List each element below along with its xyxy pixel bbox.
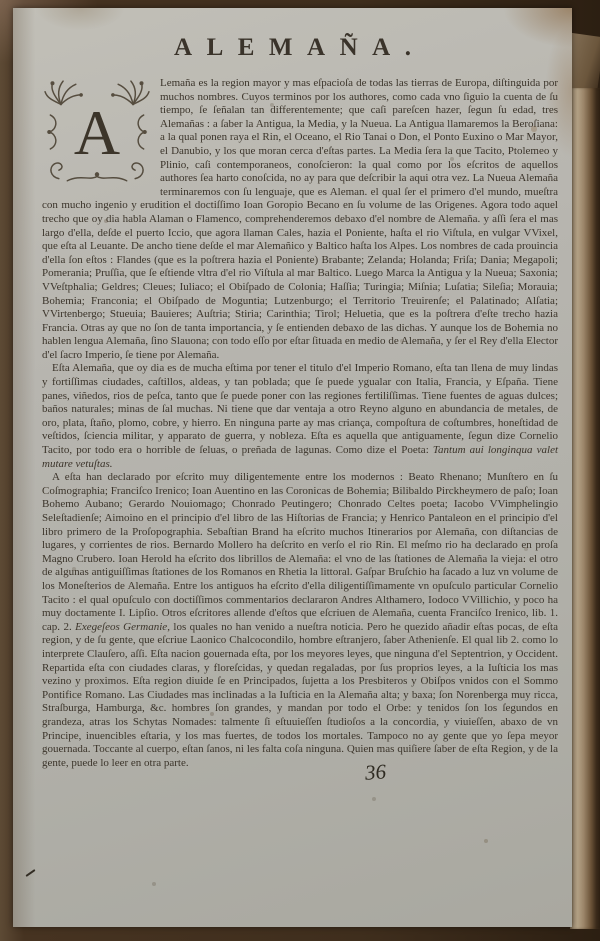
paper-speckles xyxy=(13,8,15,10)
book-page-edges xyxy=(570,88,600,929)
paragraph-3-text-a: A eſta han declarado por eſcrito muy dil… xyxy=(42,471,558,633)
paragraph-2-text: Eſta Alemaña, que oy dia es de mucha eſt… xyxy=(42,362,558,456)
book-page: ALEMAÑA. xyxy=(13,8,572,927)
paragraph-1: A Lemaña es la region mayor y mas eſpaci… xyxy=(42,77,558,362)
book-photo-background: ALEMAÑA. xyxy=(0,0,600,941)
drop-cap-letter: A xyxy=(42,93,152,173)
paragraph-3-book-title: Exegeſeos Germanie xyxy=(75,621,167,633)
ink-mark xyxy=(25,869,35,877)
drop-cap: A xyxy=(42,79,152,185)
paragraph-3: A eſta han declarado por eſcrito muy dil… xyxy=(42,471,558,770)
paragraph-3-text-b: , los quales no han venido a nueſtra not… xyxy=(42,621,558,769)
handwritten-page-number: 36 xyxy=(364,759,387,785)
page-title: ALEMAÑA. xyxy=(13,34,572,62)
paragraph-2: Eſta Alemaña, que oy dia es de mucha eſt… xyxy=(42,362,558,471)
page-body-text: A Lemaña es la region mayor y mas eſpaci… xyxy=(42,77,558,770)
